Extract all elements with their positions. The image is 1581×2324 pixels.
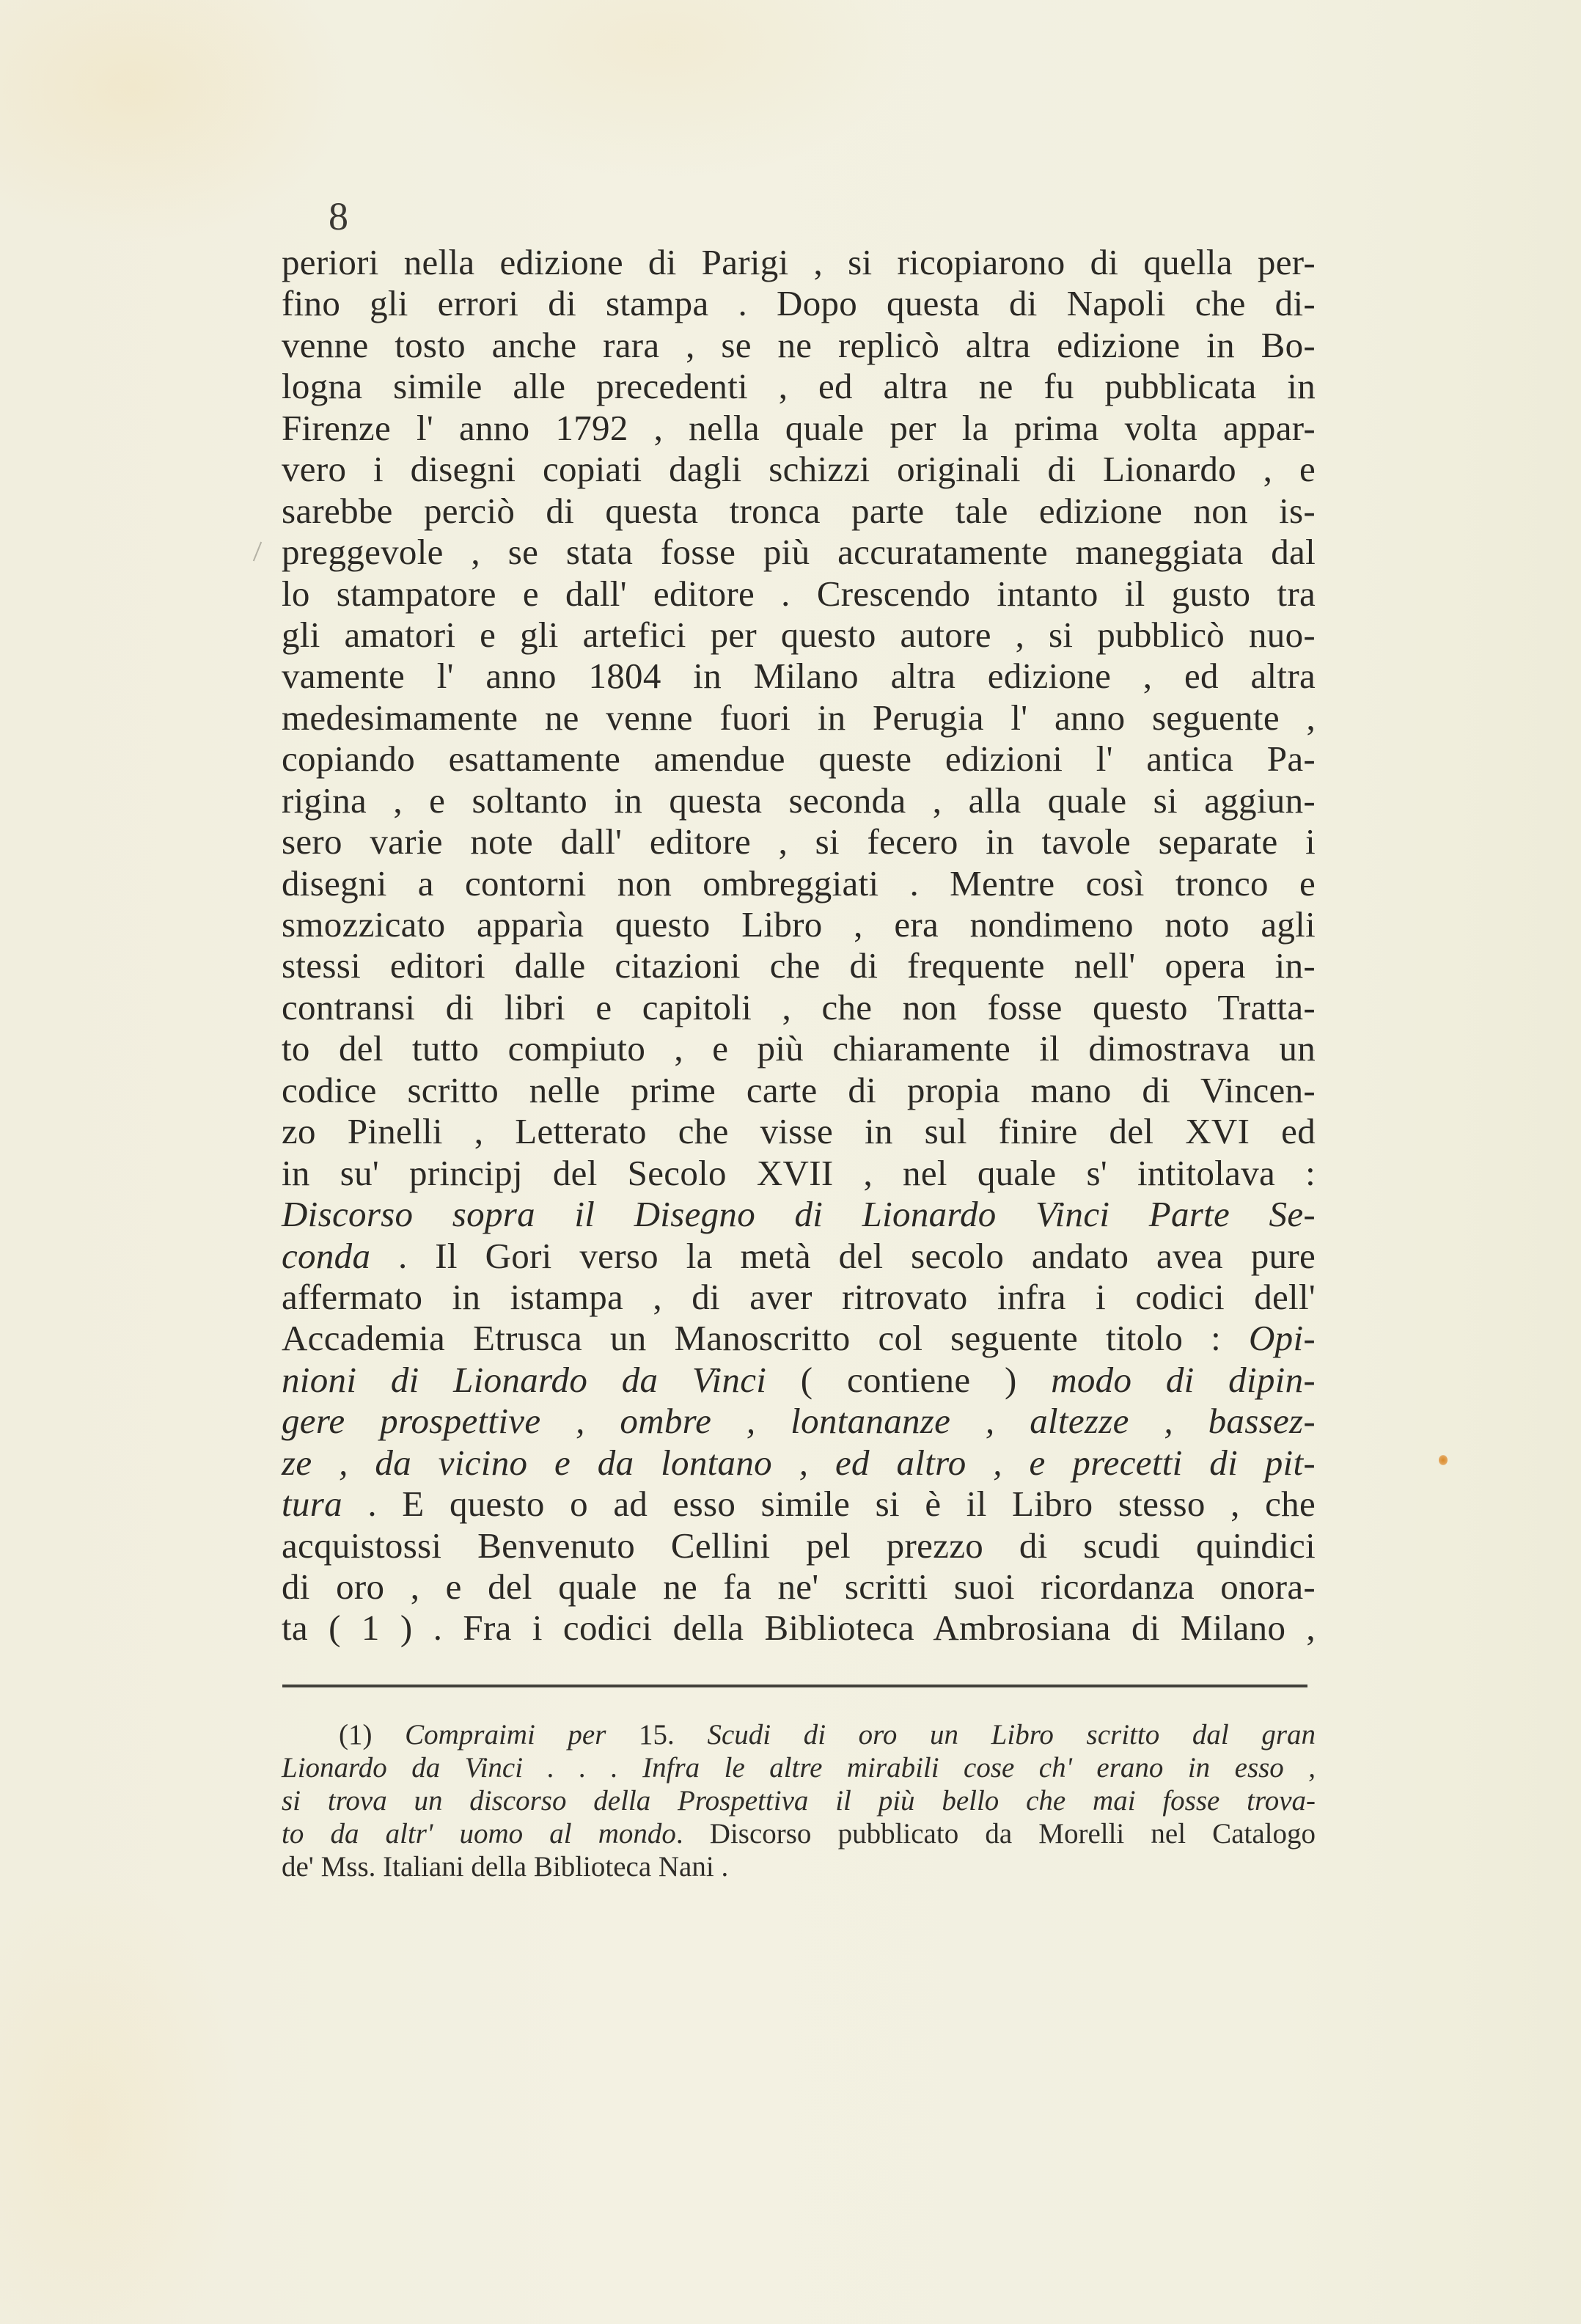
- body-line: ta ( 1 ) . Fra i codici della Biblioteca…: [282, 1608, 1316, 1649]
- body-line: vero i disegni copiati dagli schizzi ori…: [282, 449, 1316, 490]
- italic-text-run: conda: [282, 1236, 370, 1276]
- text-run: fino gli errori di stampa . Dopo questa …: [282, 283, 1316, 323]
- italic-text-run: ze , da vicino e da lontano , ed altro ,…: [282, 1443, 1316, 1483]
- text-run: 15.: [639, 1719, 707, 1751]
- footnote-line: to da altr' uomo al mondo. Discorso pubb…: [282, 1817, 1316, 1850]
- body-line: to del tutto compiuto , e più chiarament…: [282, 1028, 1316, 1069]
- italic-text-run: Compraimi per: [405, 1719, 639, 1751]
- body-line: Accademia Etrusca un Manoscritto col seg…: [282, 1318, 1316, 1359]
- body-line: acquistossi Benvenuto Cellini pel prezzo…: [282, 1525, 1316, 1566]
- body-line: ze , da vicino e da lontano , ed altro ,…: [282, 1443, 1316, 1484]
- text-run: disegni a contorni non ombreggiati . Men…: [282, 863, 1316, 903]
- body-line: di oro , e del quale ne fa ne' scritti s…: [282, 1566, 1316, 1608]
- italic-text-run: Discorso sopra il Disegno di Lionardo Vi…: [282, 1194, 1316, 1234]
- italic-text-run: si trova un discorso della Prospettiva i…: [282, 1785, 1316, 1817]
- text-run: (1): [339, 1719, 405, 1751]
- italic-text-run: Scudi di oro un Libro scritto dal gran: [707, 1719, 1316, 1751]
- text-run: venne tosto anche rara , se ne replicò a…: [282, 325, 1316, 365]
- text-run: . Il Gori verso la metà del secolo andat…: [370, 1236, 1316, 1276]
- text-run: rigina , e soltanto in questa seconda , …: [282, 780, 1316, 821]
- body-line: nioni di Lionardo da Vinci ( contiene ) …: [282, 1360, 1316, 1401]
- text-run: periori nella edizione di Parigi , si ri…: [282, 242, 1316, 282]
- footnote-line: (1) Compraimi per 15. Scudi di oro un Li…: [282, 1718, 1316, 1751]
- footnote-block: (1) Compraimi per 15. Scudi di oro un Li…: [282, 1718, 1316, 1883]
- text-run: logna simile alle precedenti , ed altra …: [282, 366, 1316, 406]
- text-run: ta ( 1 ) . Fra i codici della Biblioteca…: [282, 1608, 1316, 1648]
- footnote-separator-rule: [282, 1685, 1307, 1687]
- italic-text-run: to da altr' uomo al mondo: [282, 1818, 676, 1850]
- book-page: 8 periori nella edizione di Parigi , si …: [0, 0, 1581, 2324]
- text-run: di oro , e del quale ne fa ne' scritti s…: [282, 1566, 1316, 1607]
- text-run: smozzicato apparìa questo Libro , era no…: [282, 904, 1316, 945]
- body-line: lo stampatore e dall' editore . Crescend…: [282, 573, 1316, 615]
- body-line: affermato in istampa , di aver ritrovato…: [282, 1277, 1316, 1318]
- text-run: in su' principj del Secolo XVII , nel qu…: [282, 1153, 1316, 1193]
- text-run: acquistossi Benvenuto Cellini pel prezzo…: [282, 1525, 1316, 1566]
- text-run: vamente l' anno 1804 in Milano altra edi…: [282, 656, 1316, 696]
- body-line: logna simile alle precedenti , ed altra …: [282, 366, 1316, 407]
- body-line: copiando esattamente amendue queste ediz…: [282, 738, 1316, 780]
- body-line: Firenze l' anno 1792 , nella quale per l…: [282, 408, 1316, 449]
- text-run: copiando esattamente amendue queste ediz…: [282, 738, 1316, 779]
- italic-text-run: gere prospettive , ombre , lontananze , …: [282, 1401, 1316, 1441]
- text-run: Accademia Etrusca un Manoscritto col seg…: [282, 1318, 1249, 1358]
- body-line: smozzicato apparìa questo Libro , era no…: [282, 904, 1316, 945]
- body-line: sarebbe perciò di questa tronca parte ta…: [282, 491, 1316, 532]
- italic-text-run: tura: [282, 1484, 342, 1524]
- text-run: contransi di libri e capitoli , che non …: [282, 987, 1316, 1027]
- italic-text-run: modo di dipin-: [1051, 1360, 1316, 1400]
- page-number: 8: [329, 197, 348, 236]
- footnote-line: de' Mss. Italiani della Biblioteca Nani …: [282, 1850, 1316, 1883]
- text-run: ( contiene ): [766, 1360, 1051, 1400]
- text-run: . E questo o ad esso simile si è il Libr…: [342, 1484, 1316, 1524]
- body-line: gli amatori e gli artefici per questo au…: [282, 615, 1316, 656]
- body-line: periori nella edizione di Parigi , si ri…: [282, 242, 1316, 283]
- body-line: vamente l' anno 1804 in Milano altra edi…: [282, 656, 1316, 697]
- body-line: in su' principj del Secolo XVII , nel qu…: [282, 1153, 1316, 1194]
- text-run: de' Mss. Italiani della Biblioteca Nani …: [282, 1851, 728, 1883]
- footnote-line: si trova un discorso della Prospettiva i…: [282, 1784, 1316, 1817]
- italic-text-run: Lionardo da Vinci . . . Infra le altre m…: [282, 1752, 1316, 1784]
- body-line: medesimamente ne venne fuori in Perugia …: [282, 697, 1316, 738]
- text-run: stessi editori dalle citazioni che di fr…: [282, 945, 1316, 986]
- text-run: . Discorso pubblicato da Morelli nel Cat…: [676, 1818, 1316, 1850]
- body-line: venne tosto anche rara , se ne replicò a…: [282, 325, 1316, 366]
- text-run: to del tutto compiuto , e più chiarament…: [282, 1028, 1316, 1068]
- text-run: medesimamente ne venne fuori in Perugia …: [282, 697, 1316, 738]
- body-line: zo Pinelli , Letterato che visse in sul …: [282, 1111, 1316, 1152]
- text-run: zo Pinelli , Letterato che visse in sul …: [282, 1111, 1316, 1151]
- body-line: contransi di libri e capitoli , che non …: [282, 987, 1316, 1028]
- body-line: fino gli errori di stampa . Dopo questa …: [282, 283, 1316, 324]
- text-run: vero i disegni copiati dagli schizzi ori…: [282, 449, 1316, 489]
- text-run: codice scritto nelle prime carte di prop…: [282, 1070, 1316, 1110]
- footnote-line: Lionardo da Vinci . . . Infra le altre m…: [282, 1751, 1316, 1784]
- body-line: disegni a contorni non ombreggiati . Men…: [282, 863, 1316, 904]
- text-run: affermato in istampa , di aver ritrovato…: [282, 1277, 1316, 1317]
- text-run: gli amatori e gli artefici per questo au…: [282, 615, 1316, 655]
- body-line: Discorso sopra il Disegno di Lionardo Vi…: [282, 1194, 1316, 1235]
- text-run: preggevole , se stata fosse più accurata…: [282, 532, 1316, 572]
- text-run: sero varie note dall' editore , si fecer…: [282, 821, 1316, 862]
- body-line: sero varie note dall' editore , si fecer…: [282, 821, 1316, 862]
- body-line: conda . Il Gori verso la metà del secolo…: [282, 1236, 1316, 1277]
- foxing-spot: [1439, 1455, 1448, 1465]
- margin-pencil-mark: [253, 542, 262, 562]
- body-line: tura . E questo o ad esso simile si è il…: [282, 1484, 1316, 1525]
- body-line: stessi editori dalle citazioni che di fr…: [282, 945, 1316, 986]
- body-line: codice scritto nelle prime carte di prop…: [282, 1070, 1316, 1111]
- body-line: gere prospettive , ombre , lontananze , …: [282, 1401, 1316, 1442]
- italic-text-run: nioni di Lionardo da Vinci: [282, 1360, 766, 1400]
- text-run: Firenze l' anno 1792 , nella quale per l…: [282, 408, 1316, 448]
- body-line: rigina , e soltanto in questa seconda , …: [282, 780, 1316, 821]
- text-run: lo stampatore e dall' editore . Crescend…: [282, 573, 1316, 614]
- italic-text-run: Opi-: [1249, 1318, 1316, 1358]
- text-run: sarebbe perciò di questa tronca parte ta…: [282, 491, 1316, 531]
- body-line: preggevole , se stata fosse più accurata…: [282, 532, 1316, 573]
- body-text: periori nella edizione di Parigi , si ri…: [282, 242, 1316, 1649]
